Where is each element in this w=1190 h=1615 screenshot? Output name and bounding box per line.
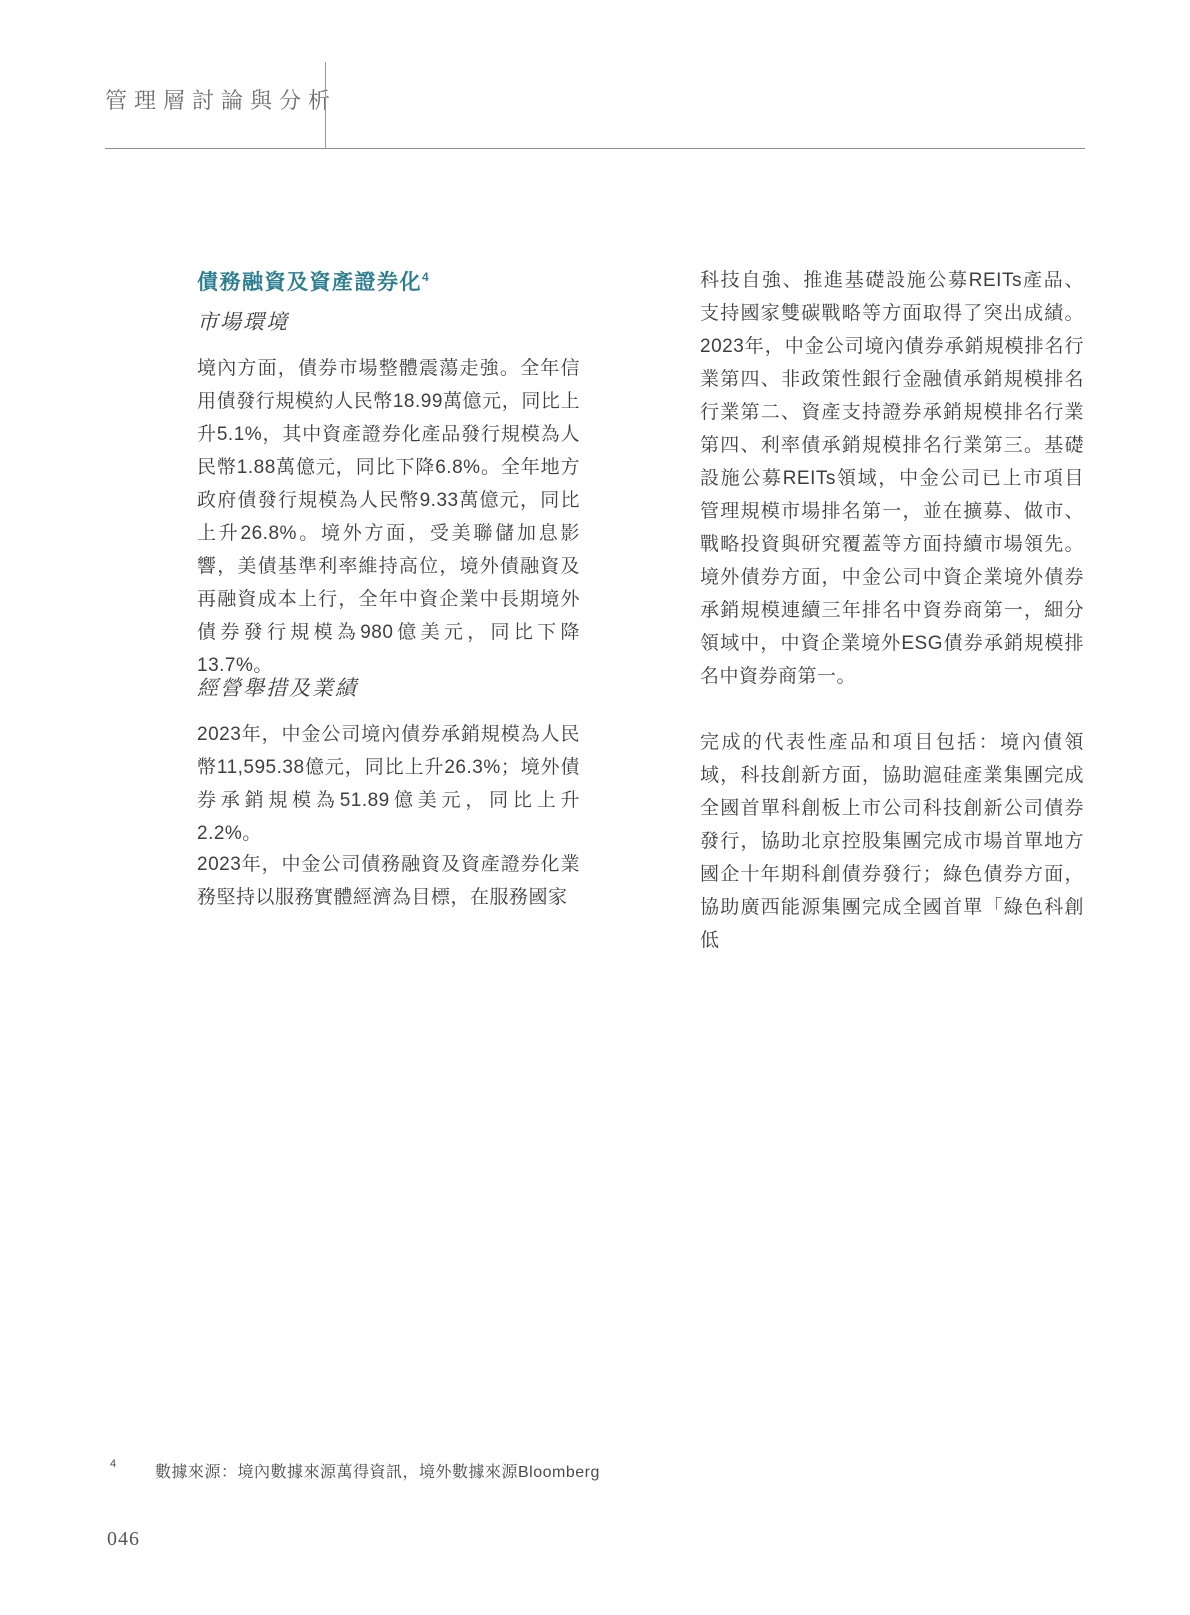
section-title-text: 債務融資及資產證券化	[197, 271, 422, 294]
footnote-marker: 4	[110, 1458, 116, 1470]
subheading-market-environment: 市場環境	[197, 306, 289, 336]
page-header-title: 管理層討論與分析	[105, 84, 337, 115]
paragraph-rankings: 科技自強、推進基礎設施公募REITs產品、支持國家雙碳戰略等方面取得了突出成績。…	[700, 264, 1084, 693]
paragraph-business-goal: 2023年，中金公司債務融資及資產證券化業務堅持以服務實體經濟為目標，在服務國家	[197, 848, 580, 914]
paragraph-representative-projects: 完成的代表性產品和項目包括：境內債領域，科技創新方面，協助滬硅產業集團完成全國首…	[700, 726, 1084, 957]
header-vertical-divider	[325, 62, 326, 148]
paragraph-market-environment: 境內方面，債券市場整體震蕩走強。全年信用債發行規模約人民幣18.99萬億元，同比…	[197, 352, 580, 682]
subheading-operations-results: 經營舉措及業績	[197, 672, 358, 702]
section-title: 債務融資及資產證券化4	[197, 266, 430, 296]
footnote-text: 數據來源：境內數據來源萬得資訊，境外數據來源Bloomberg	[155, 1459, 600, 1482]
paragraph-underwriting-scale: 2023年，中金公司境內債券承銷規模為人民幣11,595.38億元，同比上升26…	[197, 718, 580, 850]
header-horizontal-rule	[105, 148, 1085, 149]
report-page: 管理層討論與分析 債務融資及資產證券化4 市場環境 境內方面，債券市場整體震蕩走…	[0, 0, 1190, 1615]
page-number: 046	[107, 1528, 140, 1551]
section-footnote-ref: 4	[422, 270, 430, 284]
